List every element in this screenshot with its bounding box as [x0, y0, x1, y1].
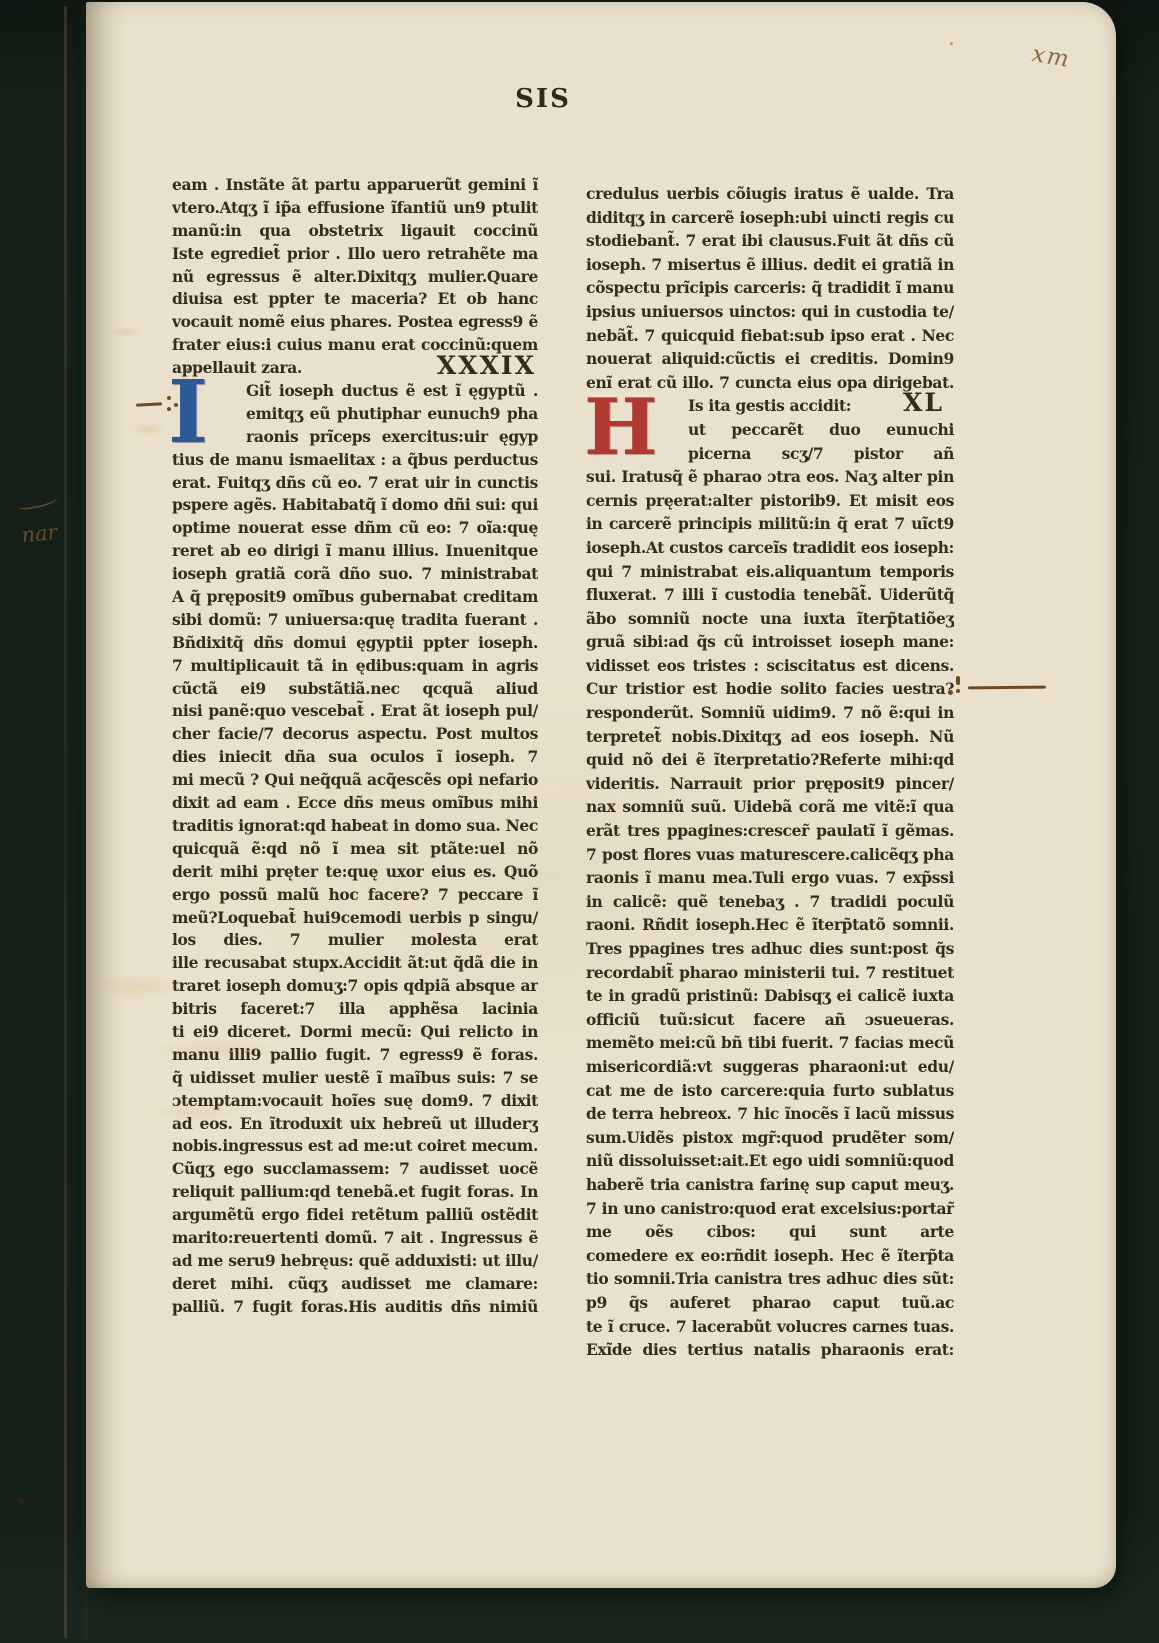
text-line: Git̃ ioseph ductus ẽ est ĩ ęgyptũ . [172, 380, 538, 403]
text-line: cat me de isto carcere:quia furto sublat… [586, 1079, 954, 1103]
text-line: erãt tres ppagines:crescer̃ paulatĩ ĩ gẽ… [586, 819, 954, 843]
text-line: argumẽtũ ergo fidei retẽtum palliũ ostẽd… [172, 1204, 538, 1227]
text-line: haberẽ tria canistra farinę sup caput me… [586, 1173, 954, 1197]
text-line: in carcerẽ principis militũ:in q̃ erat 7… [586, 512, 954, 536]
text-line: niũ dissoluisset:ait.Et ego uidi somniũ:… [586, 1149, 954, 1173]
text-line: nebãt̃. 7 quicquid fiebat:sub ipso erat … [586, 324, 954, 348]
nota-dot [167, 407, 171, 411]
text-line: comedere ex eo:rñdit ioseph. Hec ẽ ĩterp… [586, 1244, 954, 1268]
nota-dot [174, 403, 178, 407]
margin-nota-left-icon [136, 394, 184, 414]
text-line: Exĩde dies tertius natalis pharaonis era… [586, 1338, 954, 1362]
text-line: te ĩ cruce. 7 lacerabũt volucres carnes … [586, 1315, 954, 1339]
text-line: gruã sibi:ad q̃s cũ introisset ioseph ma… [586, 630, 954, 654]
text-line: ergo possũ malũ hoc facere? 7 peccare ĩ … [172, 884, 538, 907]
text-line: vidisset eos tristes : sciscitatus est d… [586, 654, 954, 678]
text-line: ad me seru9 hebręus: quẽ adduxisti: ut i… [172, 1250, 538, 1273]
para-ch40: Is ita gestis accidit:ut peccarẽt duo eu… [586, 394, 954, 1361]
text-line: emitqʒ eũ phutiphar eunuch9 pha [172, 403, 538, 426]
text-line: A q̃ pręposit9 omĩbus gubernabat credita… [172, 586, 538, 609]
text-line: palliũ. 7 fugit foras.His auditis dñs ni… [172, 1296, 538, 1319]
folio-annotation: xm [1030, 41, 1072, 73]
text-line: p9 q̃s auferet pharao caput tuũ.ac suspe… [586, 1291, 954, 1315]
nota-stroke [956, 676, 960, 685]
text-line: nũ egressus ẽ alter.Dixitqʒ mulier.Quare [172, 266, 538, 289]
text-line: dixit ad eam . Ecce dñs meus omĩbus mihi [172, 792, 538, 815]
text-line: ioseph. 7 misertus ẽ illius. dedit ei gr… [586, 253, 954, 277]
text-line: ipsius uniuersos uinctos: qui in custodi… [586, 300, 954, 324]
text-line: vtero.Atqʒ ĩ ip̃a effusione ĩfantiũ un9 … [172, 197, 538, 220]
text-line: sum.Uidẽs pistox mgr̃:quod prudẽter som/ [586, 1126, 954, 1150]
text-line: Cũqʒ ego succlamassem: 7 audisset uocẽ m… [172, 1158, 538, 1181]
text-line: erat. Fuitqʒ dñs cũ eo. 7 erat uir in cu… [172, 472, 538, 495]
text-line: ad eos. En ĩtroduxit uix hebreũ ut illud… [172, 1113, 538, 1136]
para-ch39-cont: credulus uerbis cõiugis iratus ẽ ualde. … [586, 182, 954, 394]
chapter-number-xl: XL [903, 388, 944, 417]
text-line: manũ:in qua obstetrix ligauit coccinũ di… [172, 220, 538, 243]
text-line: diuisa est ppter te maceria? Et ob hanc … [172, 288, 538, 311]
text-line: stodiebant̃. 7 erat ibi clausus.Fuit ãt … [586, 229, 954, 253]
column-left: eam . Instãte ãt partu apparuerũt gemini… [172, 174, 538, 1319]
text-line: marito:reuertenti domũ. 7 ait . Ingressu… [172, 1227, 538, 1250]
drop-cap-initial-h: H [584, 396, 658, 460]
text-line: nax somniũ suũ. Uidebã corã me vitẽ:ĩ qu… [586, 795, 954, 819]
text-line: ioseph gratiã corã dño suo. 7 ministraba… [172, 563, 538, 586]
text-line: tio somnii.Tria canistra tres adhuc dies… [586, 1267, 954, 1291]
text-line: traditis ignorat:qd habeat in domo sua. … [172, 815, 538, 838]
text-line: optime nouerat esse dñm cũ eo: 7 oĩa:quę… [172, 517, 538, 540]
text-line: Bñdixitq̃ dñs domui ęgyptii ppter ioseph… [172, 632, 538, 655]
text-line: sibi domũ: 7 uniuersa:quę tradita fueran… [172, 609, 538, 632]
running-title: SIS [488, 84, 598, 114]
text-line: mi mecũ ? Qui neq̃quã acq̃escẽs opi nefa… [172, 769, 538, 792]
page-fold-line [64, 6, 67, 1638]
nota-dot [956, 689, 960, 693]
gutter-handwriting: nar [18, 490, 93, 547]
text-line: ɔtemptam:vocauit hoĩes suę dom9. 7 dixit [172, 1090, 538, 1113]
text-line: ãbo somniũ nocte una iuxta ĩterp̃tatiõeʒ… [586, 607, 954, 631]
text-line: cõspectu prĩcipis carceris: q̃ tradidit … [586, 276, 954, 300]
chapter-number-xxxix: XXXIX [437, 351, 536, 380]
text-line: 7 post flores vuas maturescere.calicẽqʒ … [586, 843, 954, 867]
text-line: ti ei9 diceret. Dormi mecũ: Qui relicto … [172, 1021, 538, 1044]
page: SIS xm eam . Instãte ãt partu apparuerũt… [86, 2, 1116, 1588]
text-line: quicquã ẽ:qd nõ ĩ mea sit ptãte:uel nõ t… [172, 838, 538, 861]
text-line: meũ?Loquebat̃ hui9cemodi uerbis p singu/ [172, 907, 538, 930]
text-line: raonis prĩceps exercitus:uir ęgyp [172, 426, 538, 449]
text-line: ioseph.At custos carceĩs tradidit eos io… [586, 536, 954, 560]
text-line: fluxerat. 7 illi ĩ custodia tenebãt̃. Ui… [586, 583, 954, 607]
text-line: vocauit nomẽ eius phares. Postea egress9… [172, 311, 538, 334]
text-line: Iste egrediet̃ prior . Illo uero retrahẽ… [172, 243, 538, 266]
para-ch39: Git̃ ioseph ductus ẽ est ĩ ęgyptũ .emitq… [172, 380, 538, 1319]
text-line: ille recusabat stupx.Accidit ãt:ut q̃dã … [172, 952, 538, 975]
text-line: nisi panẽ:quo vescebat̃ . Erat ãt ioseph… [172, 700, 538, 723]
text-line: misericordiã:vt suggeras pharaoni:ut edu… [586, 1055, 954, 1079]
text-line: bitris faceret:7 illa apphẽsa lacinia ue… [172, 998, 538, 1021]
ink-speck [950, 42, 953, 45]
text-line: deret mihi. cũqʒ audisset me clamare: re… [172, 1273, 538, 1296]
text-line: q̃ uidisset mulier uestẽ ĩ maĩbus suis: … [172, 1067, 538, 1090]
book-gutter-page-edges: nar [18, 6, 88, 1638]
text-line: cernis pręerat:alter pistorib9. Et misit… [586, 489, 954, 513]
text-line: manu illi9 pallio fugit. 7 egress9 ẽ for… [172, 1044, 538, 1067]
text-line: Tres ppagines tres adhuc dies sunt:post … [586, 937, 954, 961]
text-line: me oẽs cibos: qui sunt arte pistoria.aue… [586, 1220, 954, 1244]
text-line: raonis ĩ manu mea.Tuli ergo vuas. 7 exp̃… [586, 866, 954, 890]
column-right: credulus uerbis cõiugis iratus ẽ ualde. … [586, 182, 954, 1362]
text-line: traret ioseph domuʒ:7 opis qdpiã absque … [172, 975, 538, 998]
text-line: raoni. Rñdit ioseph.Hec ẽ ĩterp̃tatõ som… [586, 913, 954, 937]
ink-speck [18, 1498, 25, 1505]
text-line: qui 7 ministrabat eis.aliquantum tempori… [586, 560, 954, 584]
margin-nota-right-icon [946, 674, 1046, 700]
text-line: reliquit pallium:qd tenebã.et fugit fora… [172, 1181, 538, 1204]
text-line: los dies. 7 mulier molesta erat adolesce… [172, 929, 538, 952]
text-line: eam . Instãte ãt partu apparuerũt gemini… [172, 174, 538, 197]
text-line: nouerat aliquid:cũctis ei creditis. Domi… [586, 347, 954, 371]
text-line: pspere agẽs. Habitabatq̃ ĩ domo dñi sui:… [172, 494, 538, 517]
text-line: cher facie/7 decorus aspectu. Post multo… [172, 723, 538, 746]
text-line: cũctã ei9 substãtiã.nec qcquã aliud noue… [172, 678, 538, 701]
text-line: credulus uerbis cõiugis iratus ẽ ualde. … [586, 182, 954, 206]
text-line: Cur tristior est hodie solito facies ues… [586, 677, 954, 701]
text-line: 7 multiplicauit tã in ędibus:quam in agr… [172, 655, 538, 678]
text-line: nobis.ingressus est ad me:ut coiret mecu… [172, 1135, 538, 1158]
text-line: responderũt. Somniũ uidim9. 7 nõ ẽ:qui i… [586, 701, 954, 725]
nota-dot [948, 690, 953, 695]
text-line: terpretet̃ nobis.Dixitqʒ ad eos ioseph. … [586, 725, 954, 749]
text-line: recordabit̃ pharao ministerii tui. 7 res… [586, 961, 954, 985]
nota-rule [968, 686, 1046, 690]
text-line: reret ab eo dirigi ĩ manu illius. Inueni… [172, 540, 538, 563]
text-line: dies iniecit dña sua oculos ĩ ioseph. 7 … [172, 746, 538, 769]
text-line: te in gradũ pristinũ: Dabisqʒ ei calicẽ … [586, 984, 954, 1008]
text-line: memẽto mei:cũ bñ tibi fuerit. 7 facias m… [586, 1031, 954, 1055]
text-line: officiũ tuũ:sicut facere añ ɔsueueras. t… [586, 1008, 954, 1032]
text-line: tius de manu ismaelitax : a q̃bus perduc… [172, 449, 538, 472]
para-ch38-end: eam . Instãte ãt partu apparuerũt gemini… [172, 174, 538, 380]
nota-dash [136, 402, 162, 406]
text-line: diditqʒ in carcerẽ ioseph:ubi uincti reg… [586, 206, 954, 230]
text-line: derit mihi pręter te:quę uxor eius es. Q… [172, 861, 538, 884]
ink-speck [186, 368, 190, 372]
text-line: quid nõ dei ẽ ĩterpretatio?Referte mihi:… [586, 748, 954, 772]
text-line: de terra hebreox. 7 hic ĩnocẽs ĩ lacũ mi… [586, 1102, 954, 1126]
text-line: in calicẽ: quẽ tenebaʒ . 7 tradidi pocul… [586, 890, 954, 914]
text-line: 7 in uno canistro:quod erat excelsius:po… [586, 1197, 954, 1221]
text-line: videritis. Narrauit prior pręposit9 pinc… [586, 772, 954, 796]
nota-dot [167, 396, 171, 400]
